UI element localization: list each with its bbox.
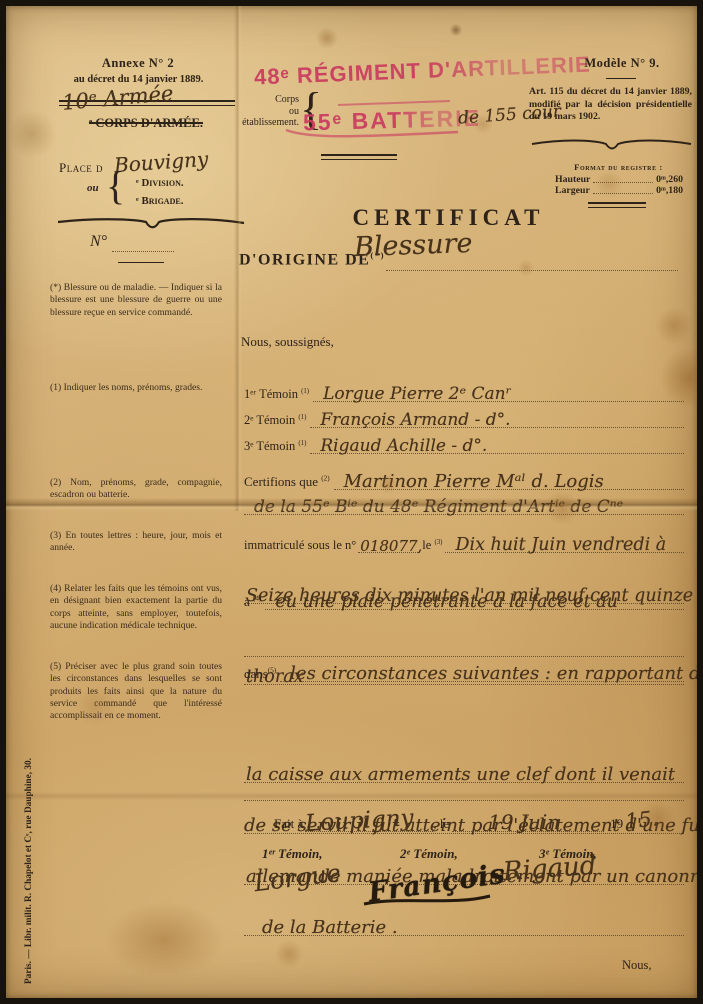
brace-glyph: { (106, 166, 125, 206)
corps-line: Corps (209, 94, 299, 106)
horizontal-fold-crease (6, 498, 697, 511)
witness-line: Lorgue Pierre 2ᵉ Canʳ (313, 379, 684, 402)
largeur-label: Largeur (555, 185, 590, 196)
footer-witness-label-1: 1ᵉʳ Témoin, (262, 846, 323, 862)
witness-name-handwritten: François Armand - d°. (320, 410, 510, 430)
ou-label: ou (87, 182, 99, 194)
certifions-line: Martinon Pierre Mᵃˡ d. Logis (334, 465, 684, 490)
place-label: Place d (59, 160, 103, 176)
printer-imprint: Paris. — Libr. milit. R. Chapelot et Cᵉ,… (24, 684, 34, 984)
modele-dash (606, 78, 636, 79)
fait-place-line: Loupigny (305, 805, 433, 832)
hauteur-label: Hauteur (555, 174, 590, 185)
fait-a-row: Fait à Loupigny , le 19 Juin 19 15. (274, 804, 674, 832)
margin-note-3: (3) En toutes lettres : heure, jour, moi… (50, 530, 222, 555)
modele-heading: Modèle N° 9. (556, 56, 688, 71)
witness-row-3: 3ᵉ Témoin (1) Rigaud Achille - d°. (244, 430, 684, 454)
corps-etablissement-label: Corps ou établissement. (209, 94, 299, 129)
footer-witness-label-2: 2ᵉ Témoin, (400, 846, 458, 862)
witness-line: Rigaud Achille - d°. (310, 431, 684, 454)
dot-leader (593, 182, 653, 183)
division-option: ᵉ Division. (136, 177, 184, 189)
nature-line (386, 252, 678, 271)
fait-date-handwritten: 19 Juin (488, 810, 560, 834)
fait-a-label: Fait à (274, 816, 303, 832)
wound-line: eu une plaie pénétrante à la face et au (265, 585, 684, 610)
circumstances-handwritten-2: la caisse aux armements une clef dont il… (246, 764, 675, 785)
registre-rule (588, 202, 646, 208)
circumstances-line-2: la caisse aux armements une clef dont il… (244, 757, 684, 783)
margin-note-1: (1) Indiquer les noms, prénoms, grades. (50, 382, 222, 394)
date-handwritten: Dix huit Juin vendredi à (455, 535, 666, 555)
circumstances-handwritten-1: les circonstances suivantes : en rapport… (290, 663, 697, 684)
scan-frame: Annexe N° 2 au décret du 14 janvier 1889… (0, 0, 703, 1004)
brace-flourish-left (56, 216, 246, 232)
signature-2-flourish (362, 894, 492, 908)
numero-blank-line (112, 235, 174, 252)
place-handwritten: Bouvigny (113, 147, 209, 178)
witness-row-1: 1ᵉʳ Témoin (1) Lorgue Pierre 2ᵉ Canʳ (244, 378, 684, 402)
circumstances-line-1: les circonstances suivantes : en rapport… (280, 655, 684, 682)
stamp-underline-flourish (282, 126, 462, 140)
largeur-row: Largeur 0ᵐ,180 (555, 185, 683, 196)
certificate-title: CERTIFICAT (351, 205, 546, 231)
hauteur-row: Hauteur 0ᵐ,260 (555, 174, 683, 185)
certifions-row: Certifions que (2) Martinon Pierre Mᵃˡ d… (244, 464, 684, 490)
hauteur-value: 0ᵐ,260 (656, 174, 683, 185)
witness-name-handwritten: Rigaud Achille - d°. (320, 436, 487, 456)
witness-row-2: 2ᵉ Témoin (1) François Armand - d°. (244, 404, 684, 428)
certifions-label: Certifions que (2) (244, 474, 330, 490)
brigade-option: ᵉ Brigade. (136, 195, 183, 207)
margin-note-4: (4) Relater les faits que les témoins on… (50, 583, 222, 632)
certificate-page: Annexe N° 2 au décret du 14 janvier 1889… (6, 6, 697, 998)
circumstances-line-5: de la Batterie . (244, 910, 684, 936)
matricule-handwritten: 018077, (360, 537, 422, 555)
soldier-name-handwritten: Martinon Pierre Mᵃˡ d. Logis (344, 471, 604, 492)
numero-underline (118, 262, 164, 263)
a-label: à (4) (244, 594, 261, 610)
ou-line: ou (209, 106, 299, 118)
le-label: , le (433, 816, 449, 832)
witness-name-handwritten: Lorgue Pierre 2ᵉ Canʳ (323, 384, 511, 404)
year-printed: 19 (610, 816, 623, 832)
horizontal-fold-crease-2 (6, 792, 697, 800)
subtitle-text: D'ORIGINE DE (239, 251, 370, 268)
witness-label: 2ᵉ Témoin (1) (244, 413, 306, 428)
year-handwritten: 15. (624, 806, 660, 833)
matricule-line: 018077, (358, 528, 420, 553)
vertical-fold-crease (234, 6, 242, 511)
soussignes-line: Nous, soussignés, (241, 334, 334, 350)
largeur-value: 0ᵐ,180 (656, 185, 683, 196)
brace-flourish-right (530, 137, 693, 153)
dot-leader (593, 193, 653, 194)
fait-date-line: 19 Juin (452, 805, 604, 832)
catchword-nous: Nous, (622, 958, 652, 973)
wound-row: à (4) eu une plaie pénétrante à la face … (244, 584, 684, 610)
article-reference: Art. 115 du décret du 14 janvier 1889, m… (529, 86, 692, 124)
le-label: le (3) (422, 538, 442, 553)
date-line: Dix huit Juin vendredi à (445, 528, 684, 553)
witness-label: 3ᵉ Témoin (1) (244, 439, 306, 454)
stamp-bottom-rule (321, 154, 397, 160)
witness-label: 1ᵉʳ Témoin (1) (244, 387, 309, 402)
circumstances-handwritten-5: de la Batterie . (262, 917, 398, 938)
army-handwritten: 10ᵉ Armée (61, 81, 174, 115)
margin-note-star: (*) Blessure ou de maladie. — Indiquer s… (50, 282, 222, 319)
immatricule-label: immatriculé sous le n° (244, 538, 356, 553)
format-registre-heading: Format du registre : (546, 162, 691, 172)
numero-label: N° (90, 233, 107, 251)
margin-note-5: (5) Préciser avec le plus grand soin tou… (50, 661, 222, 722)
annexe-heading: Annexe N° 2 (63, 56, 213, 71)
circumstances-row: dans(5) les circonstances suivantes : en… (244, 654, 684, 682)
matricule-row: immatriculé sous le n° 018077, le (3) Di… (244, 527, 684, 553)
witness-line: François Armand - d°. (310, 405, 684, 428)
regiment-stamp: 48ᵉ RÉGIMENT D'ARTILLERIE (254, 52, 591, 91)
wound-handwritten: eu une plaie pénétrante à la face et au (275, 592, 618, 612)
dans-label: dans(5) (244, 666, 276, 682)
